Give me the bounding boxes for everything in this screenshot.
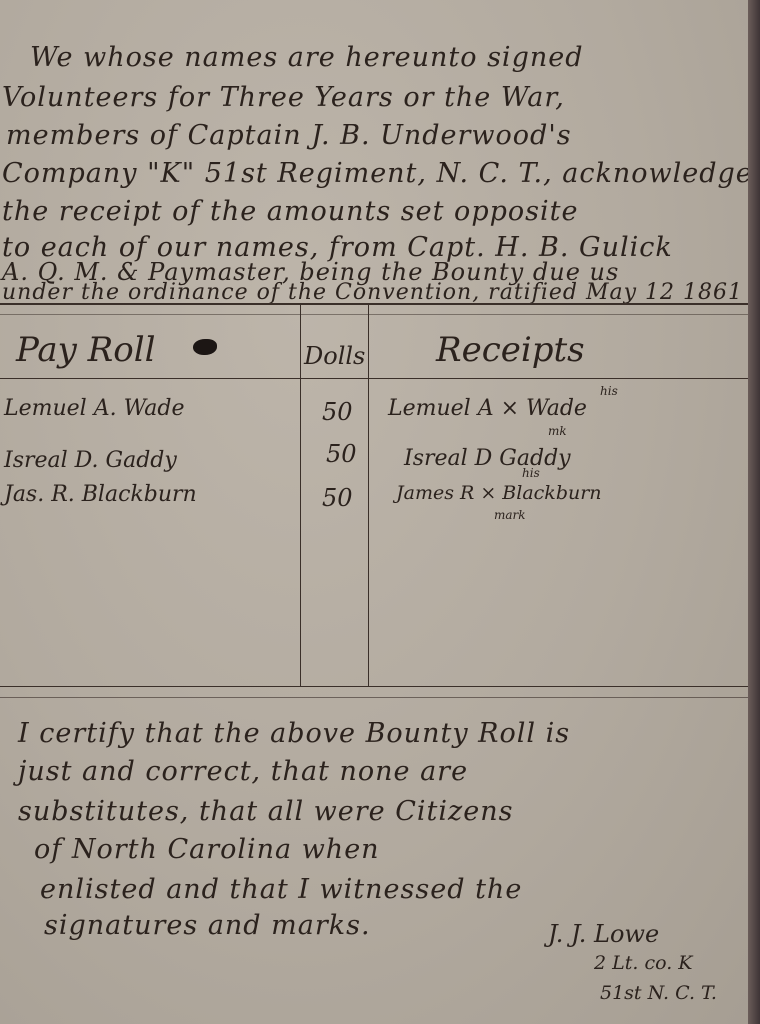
preamble-line: Volunteers for Three Years or the War,: [2, 82, 565, 113]
preamble-line: members of Captain J. B. Underwood's: [6, 120, 572, 151]
certification-line: signatures and marks.: [44, 910, 371, 941]
preamble-line: Company "K" 51st Regiment, N. C. T., ack…: [2, 158, 753, 189]
table-bottom-rule: [0, 686, 748, 687]
column-divider: [300, 303, 301, 686]
preamble-line: under the ordinance of the Convention, r…: [2, 280, 743, 305]
header-receipts: Receipts: [436, 330, 585, 370]
receipt-signature: Lemuel A × Wade: [388, 396, 587, 421]
preamble-line: We whose names are hereunto signed: [30, 42, 584, 73]
receipt-note: mk: [548, 424, 567, 438]
certification-line: substitutes, that all were Citizens: [18, 796, 513, 827]
certification-line: just and correct, that none are: [18, 756, 468, 787]
certification-line: enlisted and that I witnessed the: [40, 874, 522, 905]
certification-line: I certify that the above Bounty Roll is: [18, 718, 570, 749]
certification-line: of North Carolina when: [34, 834, 380, 865]
amount: 50: [322, 484, 353, 512]
ink-blot: [193, 339, 217, 355]
table-bottom-rule-2: [0, 697, 748, 698]
receipt-note: mark: [494, 508, 526, 522]
receipt-note: his: [522, 466, 540, 480]
header-rule: [0, 378, 748, 379]
receipt-note: his: [600, 384, 618, 398]
table-top-rule: [0, 303, 748, 305]
payee-name: Jas. R. Blackburn: [4, 482, 197, 507]
document-page: We whose names are hereunto signed Volun…: [0, 0, 748, 1024]
amount: 50: [326, 440, 357, 468]
column-divider: [368, 303, 369, 686]
table-top-rule-2: [0, 314, 748, 315]
signature-name: J. J. Lowe: [548, 920, 659, 948]
payee-name: Isreal D. Gaddy: [4, 448, 177, 473]
receipt-signature: Isreal D Gaddy: [404, 446, 571, 471]
signature-unit: 51st N. C. T.: [600, 982, 717, 1004]
preamble-line: the receipt of the amounts set opposite: [2, 196, 578, 227]
signature-rank: 2 Lt. co. K: [594, 952, 692, 974]
amount: 50: [322, 398, 353, 426]
receipt-signature: James R × Blackburn: [396, 482, 602, 504]
background-edge: [748, 0, 760, 1024]
header-dolls: Dolls: [304, 342, 365, 370]
header-pay-roll: Pay Roll: [16, 330, 155, 370]
payee-name: Lemuel A. Wade: [4, 396, 185, 421]
